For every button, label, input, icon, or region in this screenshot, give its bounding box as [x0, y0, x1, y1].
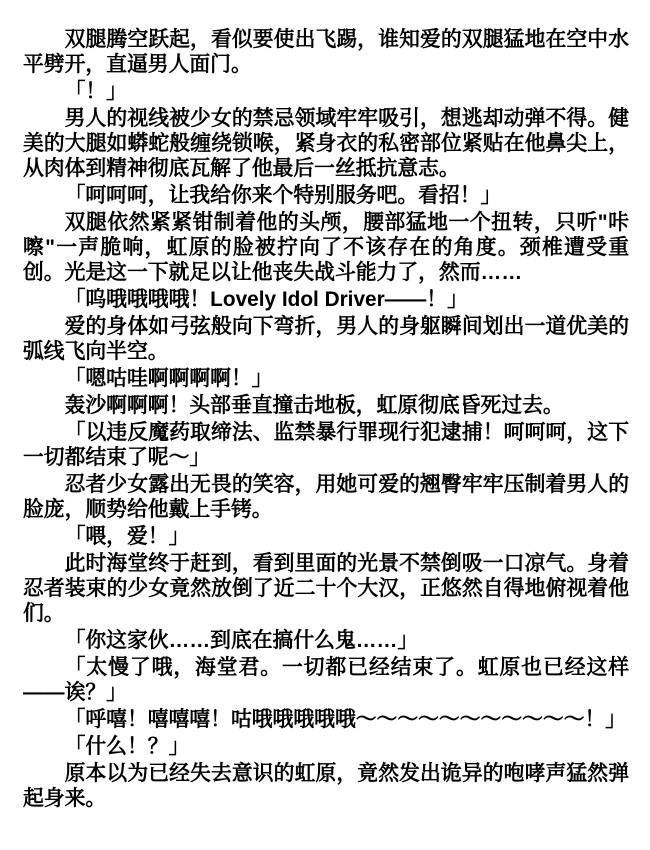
paragraph: 「呼嘻！嘻嘻嘻！咕哦哦哦哦哦～～～～～～～～～～～！」	[23, 707, 629, 732]
paragraph: 「呜哦哦哦哦！Lovely Idol Driver——！」	[23, 287, 629, 312]
paragraph: 双腿依然紧紧钳制着他的头颅，腰部猛地一个扭转，只听"咔嚓"一声脆响，虹原的脸被拧…	[23, 210, 629, 285]
novel-text-body: 双腿腾空跃起，看似要使出飞踢，谁知爱的双腿猛地在空中水平劈开，直逼男人面门。 「…	[23, 27, 629, 811]
paragraph: 男人的视线被少女的禁忌领域牢牢吸引，想逃却动弹不得。健美的大腿如蟒蛇般缠绕锁喉，…	[23, 106, 629, 181]
paragraph: 原本以为已经失去意识的虹原，竟然发出诡异的咆哮声猛然弹起身来。	[23, 761, 629, 811]
paragraph: 此时海堂终于赶到，看到里面的光景不禁倒吸一口凉气。身着忍者装束的少女竟然放倒了近…	[23, 551, 629, 626]
paragraph: 爱的身体如弓弦般向下弯折，男人的身躯瞬间划出一道优美的弧线飞向半空。	[23, 314, 629, 364]
paragraph: 「太慢了哦，海堂君。一切都已经结束了。虹原也已经这样——诶？」	[23, 655, 629, 705]
paragraph: 「喂，爱！」	[23, 524, 629, 549]
paragraph: 「什么！？」	[23, 734, 629, 759]
paragraph: 「嗯咕哇啊啊啊啊！」	[23, 366, 629, 391]
paragraph: 双腿腾空跃起，看似要使出飞踢，谁知爱的双腿猛地在空中水平劈开，直逼男人面门。	[23, 27, 629, 77]
paragraph: 「你这家伙……到底在搞什么鬼……」	[23, 628, 629, 653]
paragraph: 忍者少女露出无畏的笑容，用她可爱的翘臀牢牢压制着男人的脸庞，顺势给他戴上手铐。	[23, 472, 629, 522]
paragraph: 「！」	[23, 79, 629, 104]
paragraph: 「呵呵呵，让我给你来个特别服务吧。看招！」	[23, 183, 629, 208]
paragraph: 轰沙啊啊啊！头部垂直撞击地板，虹原彻底昏死过去。	[23, 393, 629, 418]
reader-page: 双腿腾空跃起，看似要使出飞踢，谁知爱的双腿猛地在空中水平劈开，直逼男人面门。 「…	[0, 0, 650, 850]
paragraph: 「以违反魔药取缔法、监禁暴行罪现行犯逮捕！呵呵呵，这下一切都结束了呢～」	[23, 420, 629, 470]
